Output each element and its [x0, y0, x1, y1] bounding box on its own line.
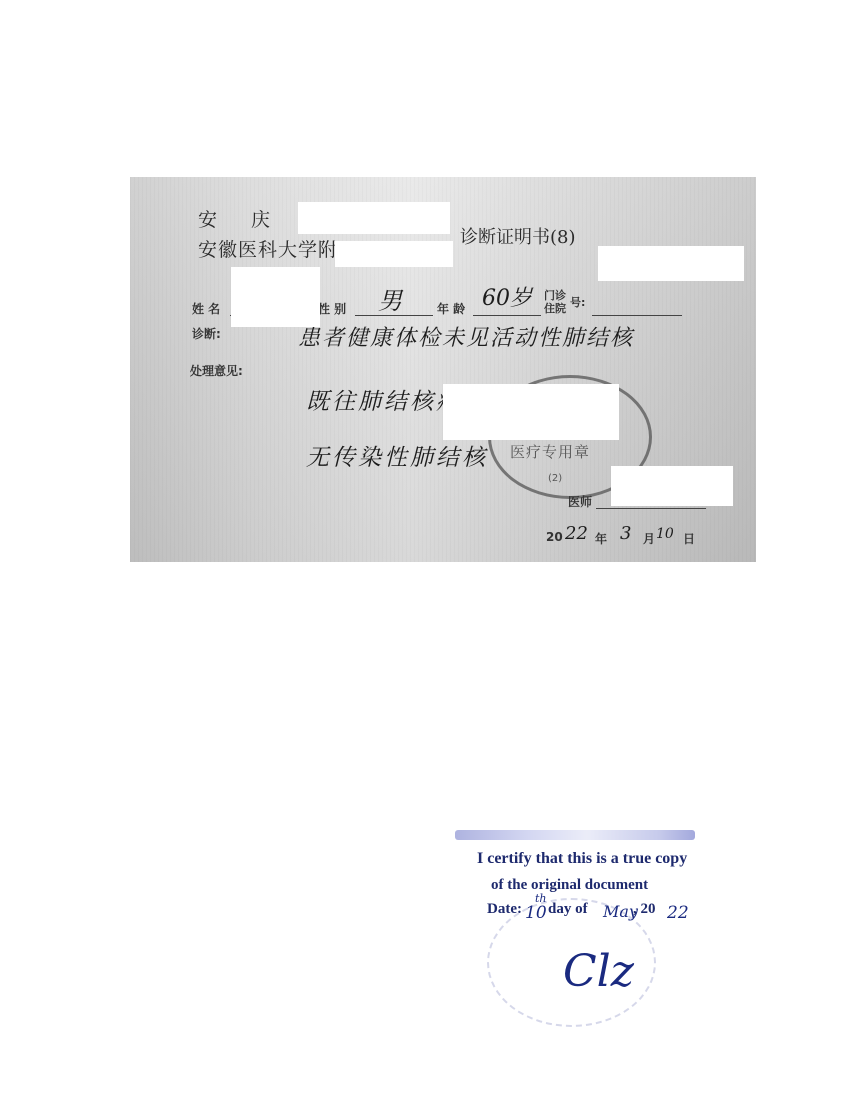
date-month-unit: 月 [643, 530, 655, 547]
stamp-line1: I certify that this is a true copy [477, 850, 687, 868]
treatment-line2: 无传染性肺结核 [306, 439, 488, 472]
date-year-unit: 年 [595, 530, 607, 547]
diagnosis-value: 患者健康体检未见活动性肺结核 [298, 321, 634, 352]
stamp-year-prefix: , 20 [633, 901, 656, 918]
redaction [231, 267, 320, 327]
age-label: 年 龄 [437, 300, 465, 317]
certificate-title: 诊断证明书(8) [460, 223, 576, 249]
redaction [598, 246, 744, 281]
redaction [335, 241, 453, 267]
clinic-underline [592, 315, 682, 316]
date-year-suffix: 22 [565, 523, 588, 544]
clinic-label-bottom: 住院 [544, 300, 566, 316]
gender-value: 男 [378, 281, 402, 316]
gender-label: 性 别 [318, 300, 346, 317]
treatment-label: 处理意见: [190, 362, 243, 379]
age-value: 60岁 [482, 281, 532, 312]
diagnosis-label: 诊断: [192, 325, 221, 342]
age-underline [473, 315, 541, 316]
signature: Clz [563, 946, 634, 997]
stamp-day-suffix: th [535, 892, 547, 905]
clinic-label-suffix: 号: [570, 294, 585, 310]
stamp-day: 10 [525, 903, 547, 923]
doctor-label: 医师 [568, 493, 592, 510]
stamp-line2: of the original document [491, 877, 648, 894]
name-label: 姓 名 [192, 300, 220, 317]
date-month: 3 [620, 523, 631, 544]
redaction [298, 202, 450, 234]
date-year-prefix: 20 [546, 530, 563, 544]
seal-text: 医疗专用章 [510, 441, 590, 462]
header-hospital: 安徽医科大学附 [198, 235, 338, 262]
seal-number: (2) [548, 473, 562, 484]
redaction [611, 466, 733, 506]
doctor-underline [596, 508, 706, 509]
redaction [443, 384, 619, 440]
stamp-year-suffix: 22 [667, 903, 689, 923]
certification-stamp: I certify that this is a true copy of th… [455, 828, 700, 1028]
date-day: 10 [656, 526, 674, 542]
stamp-top-bar [455, 830, 695, 840]
date-day-unit: 日 [683, 530, 695, 547]
stamp-date-label: Date: [487, 901, 522, 918]
diagnosis-certificate: 安 庆 市 安徽医科大学附 诊断证明书(8) 姓 名 性 别 男 年 龄 60岁… [130, 177, 756, 562]
stamp-day-of: day of [548, 901, 588, 918]
